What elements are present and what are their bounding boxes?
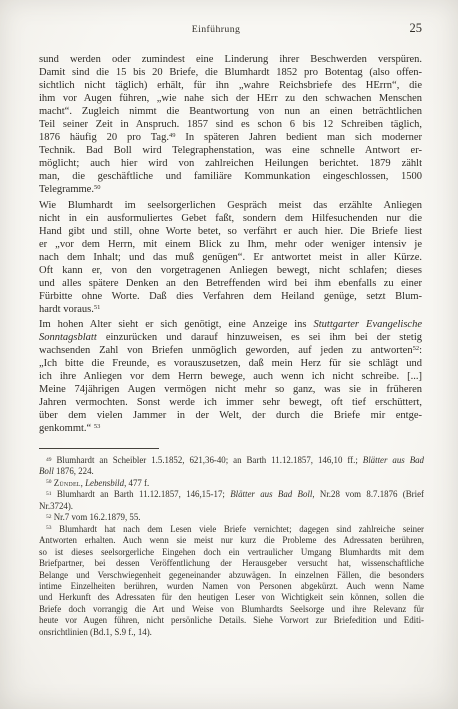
text-line: 51 Blumhardt an Barth 11.12.1857, 146,15… [39, 489, 424, 500]
text-line: er „vor dem Herrn, mit einem Blick zu Ih… [39, 238, 422, 251]
text-line: 52 Nr.7 vom 16.2.1879, 55. [39, 512, 424, 523]
text-line: sund werden oder zumindest eine Linderun… [39, 53, 422, 66]
text-line: Boll 1876, 224. [39, 466, 424, 477]
text-line: so ist dieses seelsorgerliche Eingehen d… [39, 547, 424, 558]
text-line: onsrichtlinien (Bd.1, S.9 f., 14). [39, 627, 424, 638]
scanned-book-page: Einführung 25 sund werden oder zumindest… [0, 0, 458, 709]
text-line: und alles spätere Denken an den Betreffe… [39, 277, 422, 290]
text-line: ihm vor Augen führen, „wie nahe sich der… [39, 92, 422, 105]
text-line: Technik. Bad Boll wird Telegraphenstatio… [39, 144, 422, 157]
text-line: Meine 74jährigen Augen vermögen nicht me… [39, 383, 422, 396]
text-line: Im hohen Alter sieht er sich genötigt, e… [39, 318, 422, 331]
text-line: Hand gibt und still, ohne Worte betet, s… [39, 225, 422, 238]
text-line: ich ihre Anliegen vor dem Herrn bewege, … [39, 370, 422, 383]
paragraph: sund werden oder zumindest eine Linderun… [39, 53, 422, 196]
text-line: Jahren vermochten. Sonst werde ich immer… [39, 396, 422, 409]
text-line: Belange und Verschwiegenheit gegeneinand… [39, 570, 424, 581]
text-line: Briefe doch vorrangig die Art und Weise … [39, 604, 424, 615]
footnote-item: 51 Blumhardt an Barth 11.12.1857, 146,15… [39, 489, 424, 512]
text-line: nicht in ein ausformuliertes Gebet faßt,… [39, 212, 422, 225]
text-line: Wie Blumhardt im seelsorgerlichen Gesprä… [39, 199, 422, 212]
text-line: hardt voraus.51 [39, 303, 422, 316]
footnote-item: 52 Nr.7 vom 16.2.1879, 55. [39, 512, 424, 523]
text-line: macht“. Zugleich nimmt die Beantwortung … [39, 105, 422, 118]
text-line: wachsenden Zahl von Briefen unmöglich ge… [39, 344, 422, 357]
text-line: Oft kann er, von den vorgetragenen Anlie… [39, 264, 422, 277]
text-line: Nr.3724). [39, 501, 424, 512]
page-number: 25 [410, 21, 423, 36]
text-line: 1876 häufig 20 pro Tag.49 In späteren Ja… [39, 131, 422, 144]
footnote-item: 53 Blumhardt hat nach dem Lesen viele Br… [39, 524, 424, 639]
body-text: sund werden oder zumindest eine Linderun… [39, 53, 422, 438]
footnote-separator [39, 448, 159, 449]
footnote-item: 50 Zündel, Lebensbild, 477 f. [39, 478, 424, 489]
text-line: Sonntagsblatt einzurücken und darauf hin… [39, 331, 422, 344]
text-line: Fürbitte ohne Worte. Daß dies Verfahren … [39, 290, 422, 303]
footnote-item: 49 Blumhardt an Scheibler 1.5.1852, 621,… [39, 455, 424, 478]
text-line: Telegramme.50 [39, 183, 422, 196]
text-line: Teil seiner Zeit in Anspruch. 1857 sind … [39, 118, 422, 131]
text-line: Damit sind die 15 bis 20 Briefe, die Blu… [39, 66, 422, 79]
footnotes-list: 49 Blumhardt an Scheibler 1.5.1852, 621,… [39, 455, 424, 638]
text-line: Briefpartner, bei dessen Veröffentlichun… [39, 558, 424, 569]
text-line: sichtlich nicht täglich) erhält, für ihn… [39, 79, 422, 92]
page-header: Einführung 25 [40, 24, 422, 40]
footnotes-section: 49 Blumhardt an Scheibler 1.5.1852, 621,… [39, 448, 424, 638]
text-line: 53 Blumhardt hat nach dem Lesen viele Br… [39, 524, 424, 535]
text-line: genkommt.“ 53 [39, 422, 422, 435]
text-line: möglicht; auch hier wird von zahlreichen… [39, 157, 422, 170]
text-line: und Herkunft des Adressaten für den heut… [39, 592, 424, 603]
paragraph: Wie Blumhardt im seelsorgerlichen Gesprä… [39, 199, 422, 316]
text-line: 50 Zündel, Lebensbild, 477 f. [39, 478, 424, 489]
text-line: heute vor Augen führen, nicht persönlich… [39, 615, 424, 626]
running-title: Einführung [40, 24, 392, 35]
text-line: man, die geschäftliche und familiäre Kom… [39, 170, 422, 183]
text-line: nach dem Inhalt; und das muß genügen“. E… [39, 251, 422, 264]
text-line: 49 Blumhardt an Scheibler 1.5.1852, 621,… [39, 455, 424, 466]
paragraph: Im hohen Alter sieht er sich genötigt, e… [39, 318, 422, 435]
text-line: „Ich bitte die Freunde, es vorauszusetze… [39, 357, 422, 370]
text-line: Antworten erhalten. Auch wenn sie meist … [39, 535, 424, 546]
text-line: über dem vielen Jammer in der Welt, der … [39, 409, 422, 422]
text-line: intime Einzelheiten berühren, wurden Nam… [39, 581, 424, 592]
